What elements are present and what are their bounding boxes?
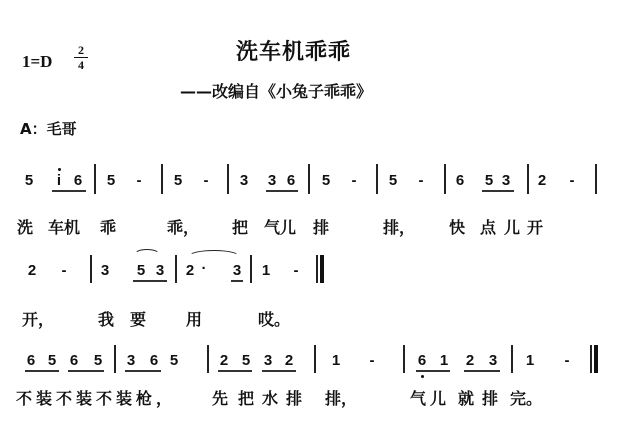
note: i bbox=[53, 172, 65, 189]
high-octave-dot bbox=[58, 168, 61, 171]
note: 1 bbox=[260, 262, 272, 279]
beam-underline bbox=[68, 370, 104, 372]
barline bbox=[316, 255, 318, 283]
note: 5 bbox=[483, 172, 495, 189]
note: 5 bbox=[168, 352, 180, 369]
barline bbox=[90, 255, 92, 283]
time-top: 2 bbox=[74, 44, 88, 56]
note: - bbox=[348, 172, 360, 189]
end-barline bbox=[594, 345, 598, 373]
note: 5 bbox=[320, 172, 332, 189]
note: 3 bbox=[238, 172, 250, 189]
barline bbox=[207, 345, 209, 373]
note: - bbox=[58, 262, 70, 279]
note: 5 bbox=[46, 352, 58, 369]
lyric: 儿 bbox=[504, 215, 520, 238]
note: 3 bbox=[125, 352, 137, 369]
note: 6 bbox=[25, 352, 37, 369]
song-subtitle: ——改编自《小兔子乖乖》 bbox=[180, 79, 372, 102]
note: 3 bbox=[231, 262, 243, 279]
barline bbox=[161, 164, 163, 194]
beam-underline bbox=[25, 370, 59, 372]
note: 6 bbox=[72, 172, 84, 189]
barline bbox=[94, 164, 96, 194]
barline bbox=[314, 345, 316, 373]
lyric: 排， bbox=[383, 215, 415, 238]
note: 3 bbox=[487, 352, 499, 369]
lyric: 快 bbox=[449, 215, 465, 238]
lyric: 气儿 bbox=[264, 215, 296, 238]
note: 3 bbox=[262, 352, 274, 369]
note: 2 bbox=[536, 172, 548, 189]
note: 3 bbox=[99, 262, 111, 279]
barline bbox=[403, 345, 405, 373]
lyric: 车机 bbox=[48, 215, 80, 238]
lyric: 要 bbox=[130, 307, 146, 330]
lyric: 点 bbox=[480, 215, 496, 238]
lyric: 我 bbox=[98, 307, 114, 330]
lyric: 开 bbox=[527, 215, 543, 238]
barline bbox=[114, 345, 116, 373]
lyric: 开， bbox=[22, 307, 54, 330]
lyric: 哎。 bbox=[258, 307, 290, 330]
lyric: 洗 bbox=[17, 215, 33, 238]
note: - bbox=[290, 262, 302, 279]
barline bbox=[250, 255, 252, 283]
beam-underline bbox=[262, 370, 296, 372]
beam-underline bbox=[464, 370, 500, 372]
note: 5 bbox=[387, 172, 399, 189]
note: 5 bbox=[172, 172, 184, 189]
note: - bbox=[561, 352, 573, 369]
note: 1 bbox=[330, 352, 342, 369]
note: 5 bbox=[105, 172, 117, 189]
barline bbox=[511, 345, 513, 373]
beam-underline bbox=[266, 190, 298, 192]
beam-underline bbox=[416, 370, 450, 372]
lyric: 排 bbox=[482, 386, 498, 409]
note: - bbox=[133, 172, 145, 189]
lyric: 先 bbox=[212, 386, 228, 409]
barline bbox=[308, 164, 310, 194]
lyric: 乖， bbox=[167, 215, 199, 238]
lyric: 排 bbox=[286, 386, 302, 409]
note: 1 bbox=[524, 352, 536, 369]
slur-arc bbox=[134, 249, 160, 260]
barline bbox=[590, 345, 592, 373]
barline bbox=[444, 164, 446, 194]
beam-underline bbox=[133, 280, 167, 282]
barline bbox=[175, 255, 177, 283]
note: 5 bbox=[135, 262, 147, 279]
lyric: 把 bbox=[238, 386, 254, 409]
note: 6 bbox=[68, 352, 80, 369]
beam-underline bbox=[482, 190, 514, 192]
note: 2 bbox=[26, 262, 38, 279]
note: 6 bbox=[416, 352, 428, 369]
tie-arc bbox=[188, 250, 240, 263]
note: - bbox=[366, 352, 378, 369]
key-signature: 1=D bbox=[22, 52, 52, 72]
lyric: 完。 bbox=[510, 386, 542, 409]
beam-underline bbox=[218, 370, 252, 372]
note: 6 bbox=[148, 352, 160, 369]
note: 3 bbox=[154, 262, 166, 279]
barline bbox=[595, 164, 597, 194]
lyric: 把 bbox=[232, 215, 248, 238]
lyric: 排 bbox=[313, 215, 329, 238]
note: - bbox=[200, 172, 212, 189]
note: 3 bbox=[266, 172, 278, 189]
note: 5 bbox=[23, 172, 35, 189]
note: - bbox=[566, 172, 578, 189]
note: 6 bbox=[454, 172, 466, 189]
lyric: 乖 bbox=[100, 215, 116, 238]
lyric: 不装不装不装枪， bbox=[16, 386, 176, 409]
beam-underline bbox=[231, 280, 243, 282]
note: - bbox=[415, 172, 427, 189]
note: 6 bbox=[285, 172, 297, 189]
beam-underline bbox=[52, 190, 86, 192]
singer-label: A：毛哥 bbox=[20, 118, 77, 139]
note: 2 bbox=[464, 352, 476, 369]
time-bottom: 4 bbox=[74, 59, 88, 71]
end-barline bbox=[320, 255, 324, 283]
note: 1 bbox=[438, 352, 450, 369]
lyric: 气儿 bbox=[410, 386, 450, 409]
lyric: 水 bbox=[262, 386, 278, 409]
lyric: 用 bbox=[186, 307, 202, 330]
note: 2 bbox=[184, 262, 196, 279]
note: 2 bbox=[283, 352, 295, 369]
low-octave-dot bbox=[421, 375, 424, 378]
note: 3 bbox=[500, 172, 512, 189]
note: 5 bbox=[240, 352, 252, 369]
note: 5 bbox=[92, 352, 104, 369]
lyric: 排， bbox=[325, 386, 357, 409]
song-title: 洗车机乖乖 bbox=[236, 35, 351, 66]
barline bbox=[227, 164, 229, 194]
note: 2 bbox=[218, 352, 230, 369]
beam-underline bbox=[125, 370, 161, 372]
time-signature: 2 4 bbox=[74, 44, 88, 71]
barline bbox=[376, 164, 378, 194]
lyric: 就 bbox=[458, 386, 474, 409]
barline bbox=[527, 164, 529, 194]
